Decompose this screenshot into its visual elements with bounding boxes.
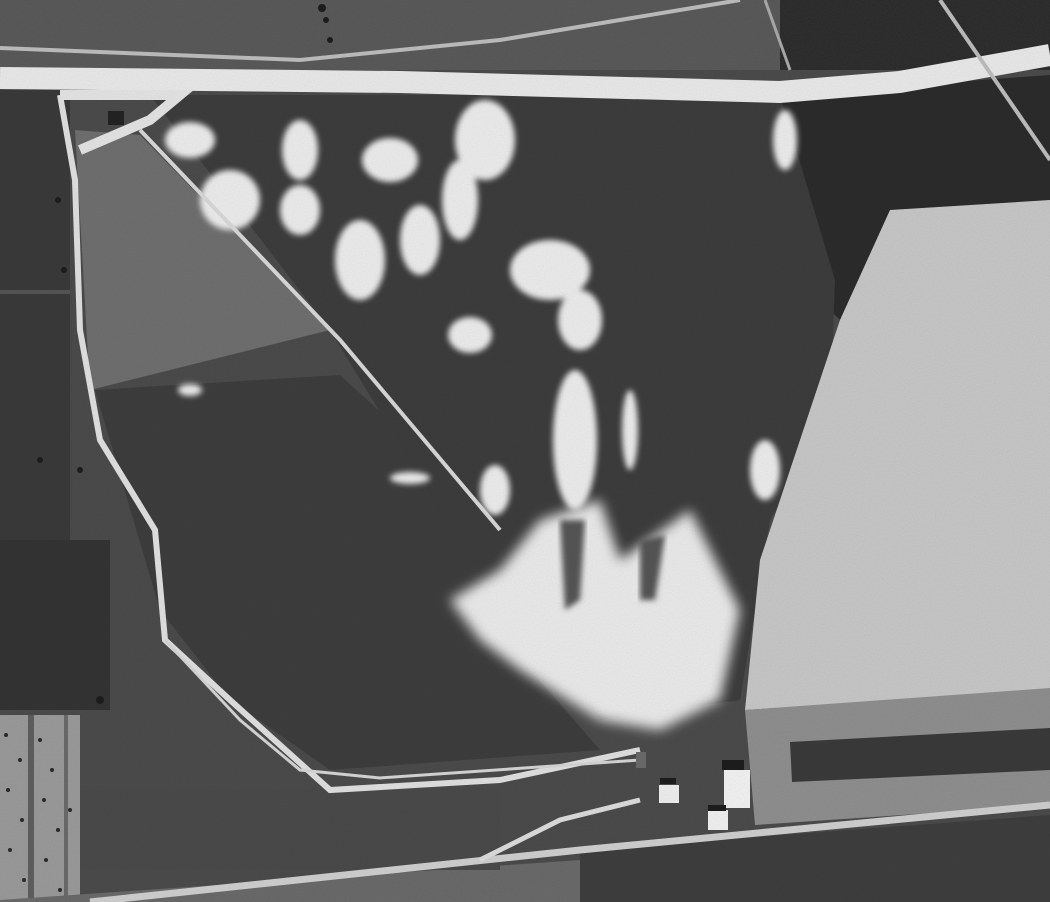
small-building xyxy=(108,111,124,125)
aerial-photo xyxy=(0,0,1050,902)
aerial-photo-canvas xyxy=(0,0,1050,902)
